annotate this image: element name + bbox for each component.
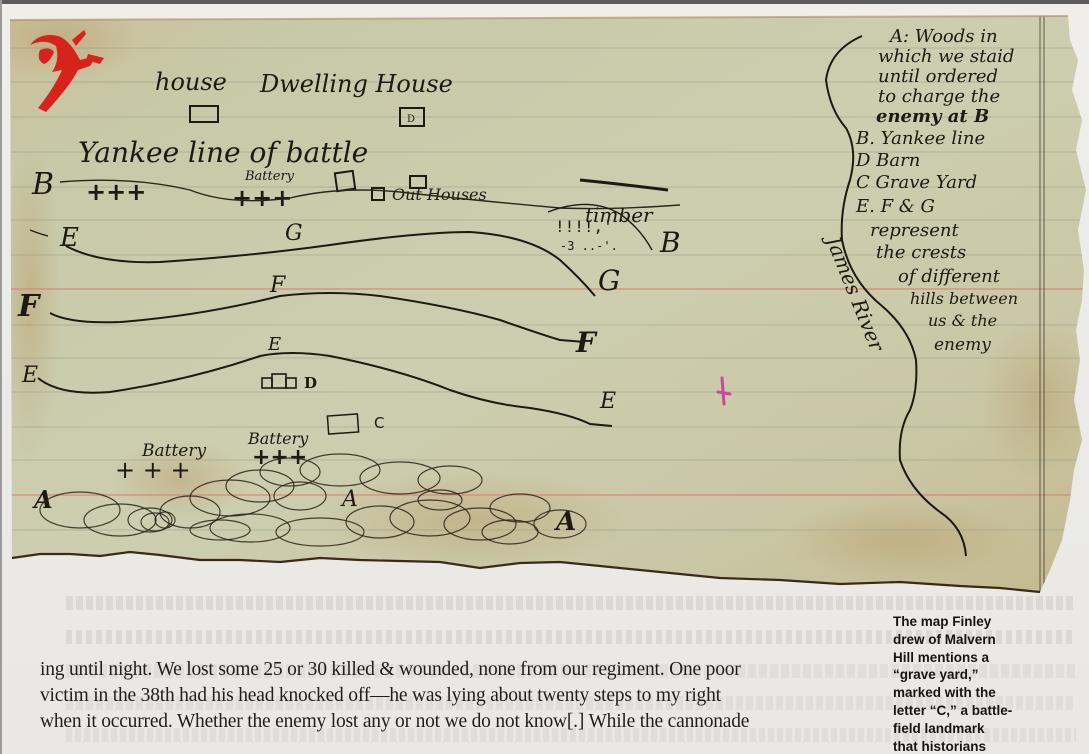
map-caption: The map Finley drew of Malvern Hill ment… <box>893 613 1083 754</box>
label-dwelling-house: Dwelling House <box>259 70 453 98</box>
article-line: victim in the 38th had his head knocked … <box>40 683 860 709</box>
legend-line: A: Woods in <box>888 26 998 47</box>
label-B-left: B <box>31 167 54 202</box>
article-line: when it occurred. Whether the enemy lost… <box>40 709 860 735</box>
label-E-right: E <box>599 389 616 414</box>
handwritten-map: house Dwelling House Yankee line of batt… <box>0 0 1089 600</box>
legend-line: E. F & G <box>855 196 935 217</box>
article-body: ing until night. We lost some 25 or 30 k… <box>40 657 860 735</box>
label-A-center: A <box>340 487 358 512</box>
legend-line: which we staid <box>878 46 1014 67</box>
label-house: house <box>155 68 227 96</box>
label-F-left: F <box>17 289 42 324</box>
legend-line: until ordered <box>878 66 998 87</box>
legend-line: the crests <box>876 242 966 263</box>
label-D-barn: D <box>304 374 317 392</box>
legend-line: enemy <box>934 335 991 355</box>
legend-line: hills between <box>910 289 1018 308</box>
label-F-right: F <box>575 326 598 359</box>
label-A-left: A <box>32 485 53 514</box>
label-E-left: E <box>21 363 38 388</box>
battery-crosses: + + + <box>115 456 191 484</box>
caption-line: “grave yard,” <box>893 666 1083 684</box>
caption-line: marked with the <box>893 684 1083 702</box>
legend-line: of different <box>898 266 1001 287</box>
label-B-right: B <box>659 226 681 259</box>
label-D-house: D <box>407 114 415 125</box>
label-yankee-line: Yankee line of battle <box>78 136 368 169</box>
legend-line: to charge the <box>878 86 1000 107</box>
label-G-top: G <box>285 221 303 246</box>
label-E-mid: E <box>267 334 281 355</box>
legend-line: B. Yankee line <box>855 128 985 149</box>
legend-line: D Barn <box>855 150 920 171</box>
label-out-houses: Out Houses <box>392 185 487 204</box>
label-G-right: G <box>598 264 620 297</box>
timber-marks: -3 ..-'. <box>560 239 618 253</box>
caption-line: Hill mentions a <box>893 649 1083 667</box>
label-F-top: F <box>269 273 286 298</box>
caption-line: drew of Malvern <box>893 631 1083 649</box>
label-battery-1: Battery <box>244 169 295 184</box>
article-line: ing until night. We lost some 25 or 30 k… <box>40 657 860 683</box>
caption-line: field landmark <box>893 720 1083 738</box>
label-C: C <box>374 414 384 432</box>
legend-line: represent <box>870 220 960 241</box>
battery-crosses: +++ <box>232 184 292 212</box>
caption-line: letter “C,” a battle- <box>893 702 1083 720</box>
legend-line: C Grave Yard <box>856 172 977 193</box>
caption-line: The map Finley <box>893 613 1083 631</box>
legend-line: us & the <box>928 311 997 330</box>
timber-marks: !!!!,' <box>555 217 613 236</box>
caption-line: that historians <box>893 738 1083 754</box>
battery-crosses: +++ <box>252 445 307 470</box>
legend-line: enemy at B <box>876 106 989 127</box>
